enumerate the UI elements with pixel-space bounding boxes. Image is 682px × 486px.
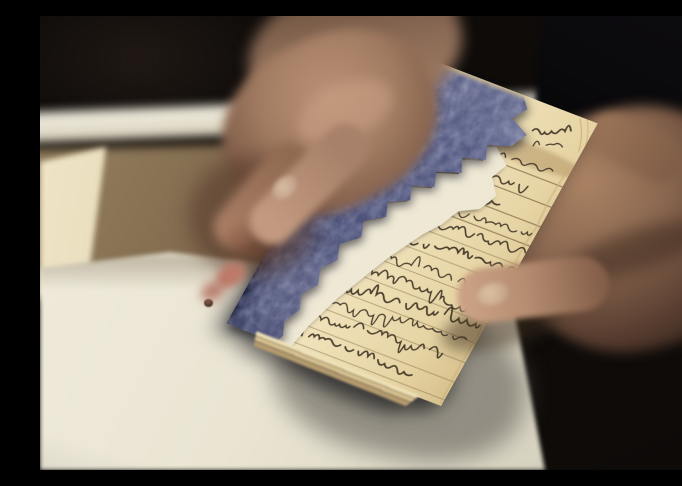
vignette [40,16,682,470]
photo-stage: A person holds an old octavo notebook ov… [40,16,682,470]
